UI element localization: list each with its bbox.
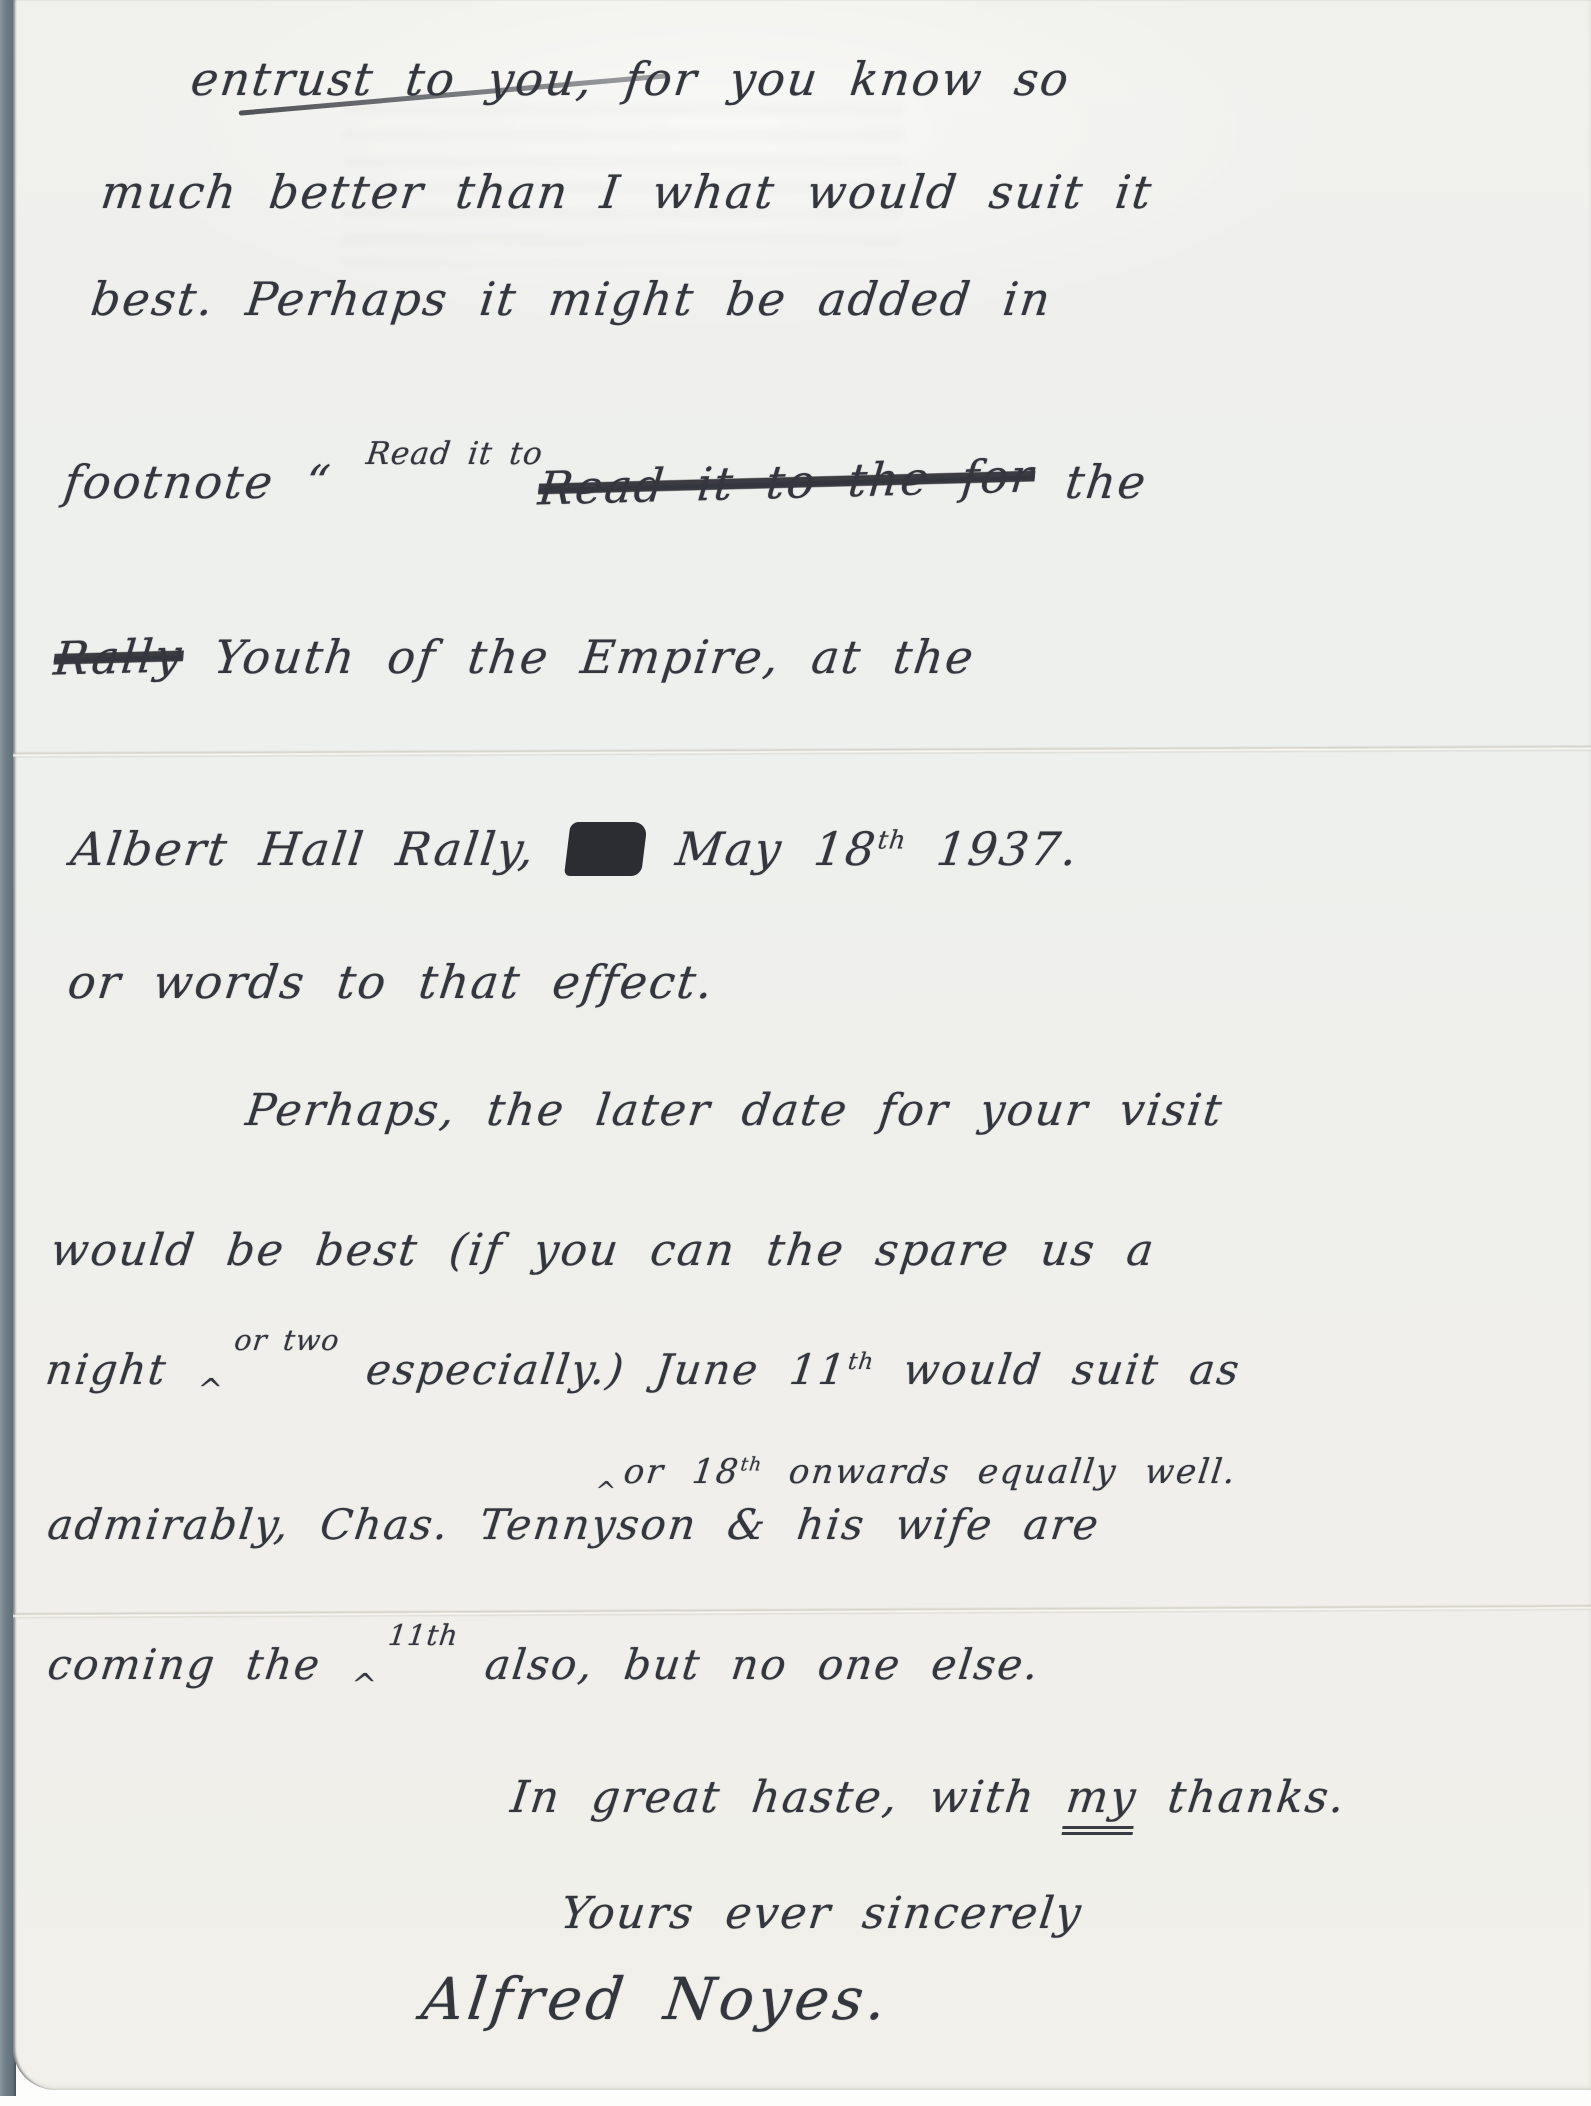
fold-crease-lower [13,1604,1591,1619]
handwritten-text: admirably, Chas. Tennyson & his wife are [45,1500,1103,1549]
signature: Alfred Noyes. [418,1965,894,2033]
fold-crease-upper [13,745,1591,759]
letter-line-16-signature: Alfred Noyes. [418,1965,894,2033]
letter-line-2: much better than I what would suit it [98,165,1156,219]
insertion-caret: ^ [195,1373,227,1408]
letter-line-8: Perhaps, the later date for your visit [243,1085,1226,1136]
handwritten-text: onwards equally well. [759,1452,1239,1492]
handwritten-text: footnote “ [61,455,366,509]
ink-blot-deletion: on [564,822,648,876]
letter-line-3: best. Perhaps it might be added in [88,272,1055,326]
handwritten-text: the [1031,455,1151,509]
handwritten-text: Albert Hall Rally, [68,822,571,876]
superscript-text: th [739,1455,763,1476]
handwritten-text: best. Perhaps it might be added in [88,272,1055,326]
letter-line-4: footnote “ Read it toRead it to the for … [61,455,1150,509]
letter-line-9: would be best (if you can the spare us a [48,1225,1158,1276]
handwritten-text: Perhaps, the later date for your visit [243,1085,1226,1136]
inserted-correction-text: 11th [386,1618,460,1652]
letter-line-14-closing: In great haste, with my thanks. [508,1772,1349,1823]
letter-line-5: Rally Youth of the Empire, at the [51,630,978,684]
letter-line-6: Albert Hall Rally, on May 18th 1937. [68,822,1082,876]
handwritten-text: or 18 [622,1452,743,1492]
handwritten-text: would suit as [870,1345,1243,1394]
letter-line-12: admirably, Chas. Tennyson & his wife are [45,1500,1103,1549]
handwritten-text: coming the [45,1640,355,1689]
handwritten-text: Yours ever sincerely [558,1888,1086,1939]
inserted-correction-text: or two [233,1323,342,1357]
superscript-text: th [876,826,908,855]
handwritten-text: thanks. [1134,1772,1349,1823]
handwritten-text: entrust to you, for you know so [188,52,1073,106]
inserted-correction-text: Read it to [364,436,545,472]
letter-line-13: coming the ^11th also, but no one else. [45,1640,1043,1689]
handwritten-text: May 18 [641,822,880,876]
handwritten-text: Youth of the Empire, at the [180,630,979,684]
letter-line-7: or words to that effect. [65,955,717,1009]
crossed-out-text: Read it to the for [536,449,1037,516]
handwritten-text: much better than I what would suit it [98,165,1156,219]
handwritten-text: or words to that effect. [65,955,717,1009]
letter-line-11-interlinear: ^or 18th onwards equally well. [593,1452,1239,1492]
handwritten-text: night [43,1345,201,1394]
handwritten-text: also, but no one else. [452,1640,1043,1689]
letter-line-1: entrust to you, for you know so [188,52,1073,106]
letter-paper: entrust to you, for you know so much bet… [13,0,1591,2090]
letter-line-15-valediction: Yours ever sincerely [558,1888,1086,1939]
superscript-text: th [847,1349,876,1375]
handwritten-text: In great haste, with [508,1772,1070,1823]
letter-line-10: night ^or two especially.) June 11th wou… [43,1345,1244,1394]
double-underlined-text: my [1062,1772,1140,1835]
insertion-caret: ^ [349,1668,381,1703]
handwritten-text: 1937. [902,822,1082,876]
scanned-letter-page: entrust to you, for you know so much bet… [0,0,1591,2106]
crossed-out-text: Rally [52,628,186,685]
handwritten-text: especially.) June 11 [333,1345,850,1394]
handwritten-text: would be best (if you can the spare us a [48,1225,1158,1276]
